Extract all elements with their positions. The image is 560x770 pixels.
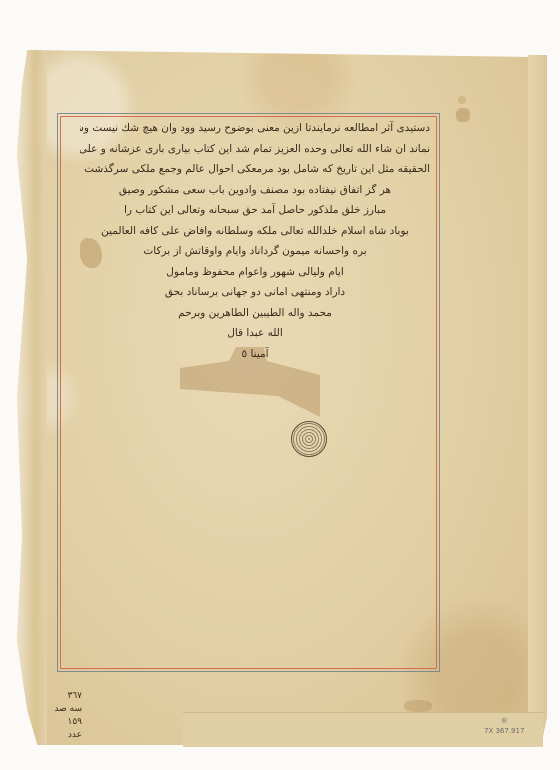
folio-notes: ٣٦٧ سه صد ١٥٩ عدد bbox=[52, 690, 82, 742]
text-line: محمد واله الطیبین الطاهرین وبرحم bbox=[80, 303, 430, 324]
left-repair-strip bbox=[17, 50, 47, 745]
text-line: دستیدی آثر امطالعه نرمایندتا ازین معنی ب… bbox=[80, 118, 430, 139]
text-line: هر گز اتفاق نیفتاده بود مصنف وادوین باب … bbox=[80, 180, 430, 201]
text-line: بوباد شاه اسلام خلدالله تعالی ملکه وسلطا… bbox=[80, 221, 430, 242]
text-line: مبارز خلق ملذکور حاصل آمد حق سبحانه وتعا… bbox=[80, 200, 430, 221]
stain-top-right-small bbox=[458, 96, 466, 104]
text-line: الحقیقه مثل این تاریخ که شامل بود مرمعکی… bbox=[80, 159, 430, 180]
catalog-mark: ® 7X 367.917 bbox=[484, 716, 524, 736]
folio-count: ١٥٩ عدد bbox=[52, 716, 82, 742]
registered-icon: ® bbox=[484, 716, 524, 726]
catalog-number: 7X 367.917 bbox=[484, 726, 524, 736]
text-line: بره واحسانه میمون گرداناد وایام واوقاتش … bbox=[80, 241, 430, 262]
stain-top-right bbox=[456, 108, 470, 122]
right-margin-strip bbox=[528, 55, 547, 745]
text-line: نماند ان شاء الله تعالى وحده العزیز تمام… bbox=[80, 139, 430, 160]
stain-bottom bbox=[404, 700, 432, 712]
folio-note: سه صد bbox=[52, 703, 82, 716]
text-line: ایام ولیالی شهور واعوام محفوظ ومامول bbox=[80, 262, 430, 283]
folio-number: ٣٦٧ bbox=[52, 690, 82, 703]
text-line: داراد ومنتهی امانی دو جهانی برساناد بحق bbox=[80, 282, 430, 303]
seal-stamp-icon bbox=[291, 421, 327, 457]
text-line: الله عبدا قال bbox=[80, 323, 430, 344]
manuscript-text: دستیدی آثر امطالعه نرمایندتا ازین معنی ب… bbox=[80, 118, 430, 364]
colophon-end: آمینا ٥ bbox=[80, 344, 430, 365]
